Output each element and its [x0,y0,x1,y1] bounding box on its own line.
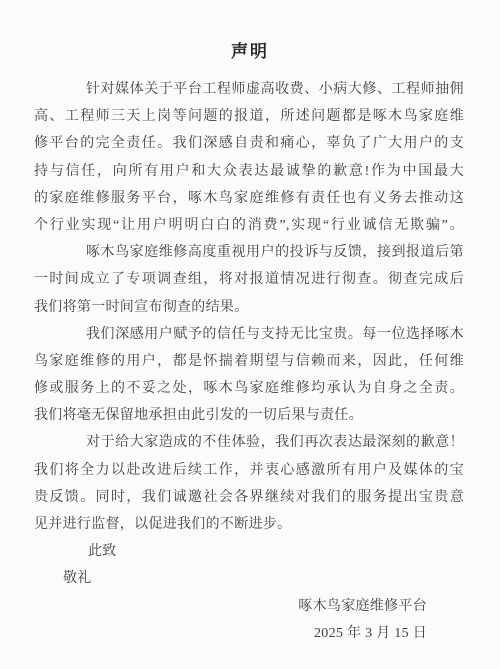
statement-line: 我们将第一时间宣布彻查的结果。 [34,294,464,321]
statement-line: 对于给大家造成的不佳体验，我们再次表达最深刻的歉意！ [34,429,464,456]
statement-line: 一时间成立了专项调查组，将对报道情况进行彻查。彻查完成后 [34,266,464,293]
statement-line: 持与信任，向所有用户和大众表达最诚挚的歉意!作为中国最大 [34,158,464,185]
statement-line: 见并进行监督，以促进我们的不断进步。 [34,511,464,538]
statement-line: 我们深感用户赋予的信任与支持无比宝贵。每一位选择啄木 [34,321,464,348]
statement-line: 修平台的完全责任。我们深感自责和痛心，辜负了广大用户的支 [34,130,464,157]
statement-line: 我们将全力以赴改进后续工作，并衷心感激所有用户及媒体的宝 [34,457,464,484]
statement-line: 啄木鸟家庭维修高度重视用户的投诉与反馈，接到报道后第 [34,239,464,266]
statement-line: 鸟家庭维修的用户，都是怀揣着期望与信赖而来，因此，任何维 [34,348,464,375]
closing-respect: 敬礼 [34,565,464,592]
statement-body: 针对媒体关于平台工程师虚高收费、小病大修、工程师抽佣 高、工程师三天上岗等问题的… [34,76,464,647]
statement-line: 高、工程师三天上岗等问题的报道，所述问题都是啄木鸟家庭维 [34,103,464,130]
signature-block: 啄木鸟家庭维修平台 2025 年 3 月 15 日 [34,593,464,647]
statement-document: 声明 针对媒体关于平台工程师虚高收费、小病大修、工程师抽佣 高、工程师三天上岗等… [0,0,500,669]
date: 2025 年 3 月 15 日 [34,620,427,647]
statement-line: 贵反馈。同时，我们诚邀社会各界继续对我们的服务提出宝贵意 [34,484,464,511]
statement-title: 声明 [0,40,500,64]
statement-line: 针对媒体关于平台工程师虚高收费、小病大修、工程师抽佣 [34,76,464,103]
statement-line: 我们将毫无保留地承担由此引发的一切后果与责任。 [34,402,464,429]
statement-line: 个行业实现“让用户明明白白的消费”,实现“行业诚信无欺骗”。 [34,212,464,239]
statement-paragraph: 我们深感用户赋予的信任与支持无比宝贵。每一位选择啄木 鸟家庭维修的用户，都是怀揣… [34,321,464,430]
statement-paragraph: 对于给大家造成的不佳体验，我们再次表达最深刻的歉意！ 我们将全力以赴改进后续工作… [34,429,464,538]
statement-paragraph: 啄木鸟家庭维修高度重视用户的投诉与反馈，接到报道后第 一时间成立了专项调查组，将… [34,239,464,321]
statement-paragraph: 针对媒体关于平台工程师虚高收费、小病大修、工程师抽佣 高、工程师三天上岗等问题的… [34,76,464,239]
signature: 啄木鸟家庭维修平台 [34,593,427,620]
statement-line: 修或服务上的不妥之处，啄木鸟家庭维修均承认为自身之全责。 [34,375,464,402]
statement-line: 的家庭维修服务平台，啄木鸟家庭维修有责任也有义务去推动这 [34,185,464,212]
closing-salute: 此致 [34,538,464,565]
